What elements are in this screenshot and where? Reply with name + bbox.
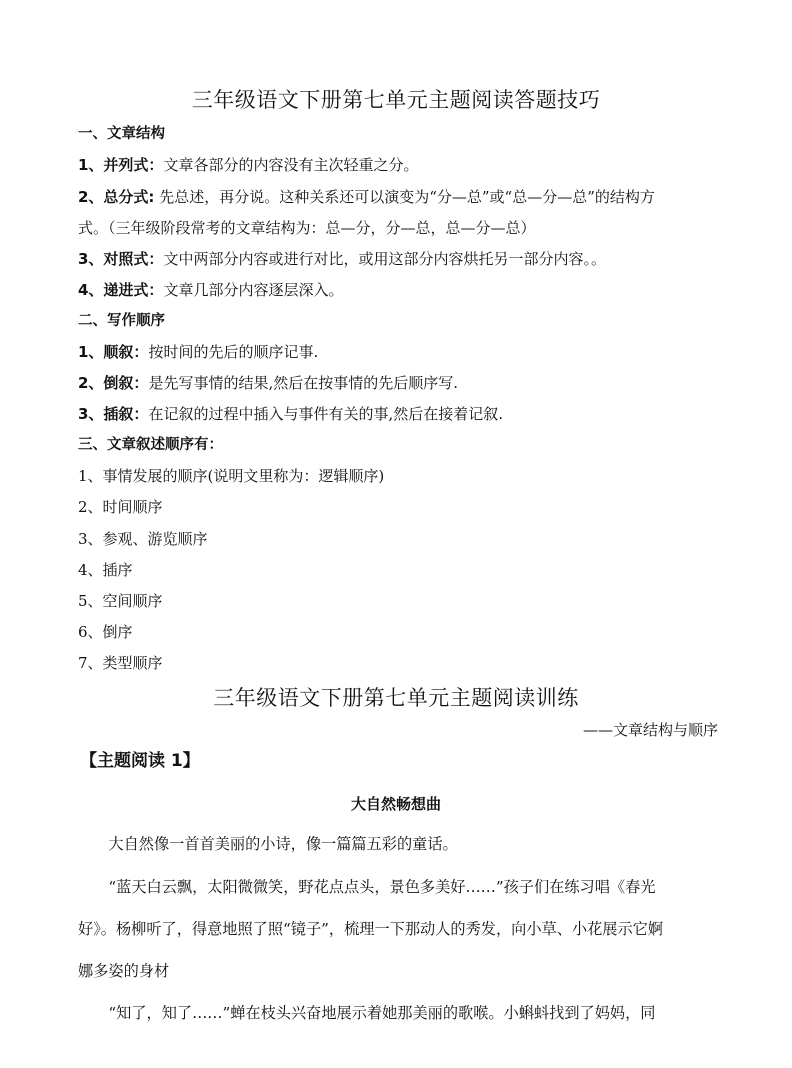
- item-label: 3、对照式：: [78, 250, 163, 268]
- narrative-order-item: 1、事情发展的顺序(说明文里称为：逻辑顺序): [78, 466, 718, 486]
- writing-order-item-1: 1、顺叙：按时间的先后的顺序记事.: [78, 342, 718, 362]
- section-heading-narrative-order: 三、文章叙述顺序有：: [78, 435, 718, 455]
- item-text: 在记叙的过程中插入与事件有关的事,然后在接着记叙.: [148, 405, 503, 423]
- training-title: 三年级语文下册第七单元主题阅读训练: [0, 684, 792, 712]
- structure-item-2: 2、总分式: 先总述，再分说。这种关系还可以演变为“分—总”或“总—分—总”的结…: [78, 187, 718, 207]
- narrative-order-item: 3、参观、游览顺序: [78, 529, 718, 549]
- item-text: 文章几部分内容逐层深入。: [163, 281, 343, 299]
- narrative-order-item: 5、空间顺序: [78, 591, 718, 611]
- story-paragraph-line: 娜多姿的身材: [78, 961, 720, 981]
- narrative-order-item: 7、类型顺序: [78, 653, 718, 673]
- writing-order-item-3: 3、插叙：在记叙的过程中插入与事件有关的事,然后在接着记叙.: [78, 404, 718, 424]
- item-label: 3、插叙：: [78, 405, 148, 423]
- story-title: 大自然畅想曲: [0, 794, 792, 814]
- narrative-order-item: 2、时间顺序: [78, 497, 718, 517]
- story-paragraph-line: 好》。杨柳听了，得意地照了照“镜子”，梳理一下那动人的秀发，向小草、小花展示它婀: [78, 919, 720, 939]
- writing-order-item-2: 2、倒叙：是先写事情的结果,然后在按事情的先后顺序写.: [78, 373, 718, 393]
- item-text: 按时间的先后的顺序记事.: [148, 343, 318, 361]
- item-label: 1、并列式：: [78, 156, 163, 174]
- item-text: 是先写事情的结果,然后在按事情的先后顺序写.: [148, 374, 458, 392]
- narrative-order-item: 4、插序: [78, 560, 718, 580]
- item-text: 先总述，再分说。这种关系还可以演变为“分—总”或“总—分—总”的结构方: [154, 188, 654, 206]
- item-text: 文中两部分内容或进行对比，或用这部分内容烘托另一部分内容。。: [163, 250, 606, 268]
- structure-item-3: 3、对照式：文中两部分内容或进行对比，或用这部分内容烘托另一部分内容。。: [78, 249, 718, 269]
- section-heading-writing-order: 二、写作顺序: [78, 311, 718, 331]
- structure-item-1: 1、并列式：文章各部分的内容没有主次轻重之分。: [78, 155, 718, 175]
- story-paragraph-line: “知了，知了……”蝉在枝头兴奋地展示着她那美丽的歌喉。小蝌蚪找到了妈妈，同: [78, 1003, 720, 1023]
- structure-item-2-continuation: 式。（三年级阶段常考的文章结构为：总—分，分—总，总—分—总）: [78, 218, 718, 238]
- reading-section-tag: 【主题阅读 1】: [80, 749, 200, 773]
- section-heading-structure: 一、文章结构: [78, 124, 718, 144]
- item-label: 2、总分式:: [78, 188, 154, 206]
- item-label: 2、倒叙：: [78, 374, 148, 392]
- structure-item-4: 4、递进式：文章几部分内容逐层深入。: [78, 280, 718, 300]
- item-text: 文章各部分的内容没有主次轻重之分。: [163, 156, 418, 174]
- training-subtitle: ——文章结构与顺序: [583, 720, 718, 740]
- page-title: 三年级语文下册第七单元主题阅读答题技巧: [0, 86, 792, 114]
- item-label: 4、递进式：: [78, 281, 163, 299]
- story-paragraph-line: “蓝天白云飘，太阳微微笑，野花点点头，景色多美好……”孩子们在练习唱《春光: [78, 877, 720, 897]
- story-paragraph-line: 大自然像一首首美丽的小诗，像一篇篇五彩的童话。: [78, 834, 720, 854]
- document-page: 三年级语文下册第七单元主题阅读答题技巧 一、文章结构 1、并列式：文章各部分的内…: [0, 0, 792, 1068]
- item-label: 1、顺叙：: [78, 343, 148, 361]
- narrative-order-item: 6、倒序: [78, 622, 718, 642]
